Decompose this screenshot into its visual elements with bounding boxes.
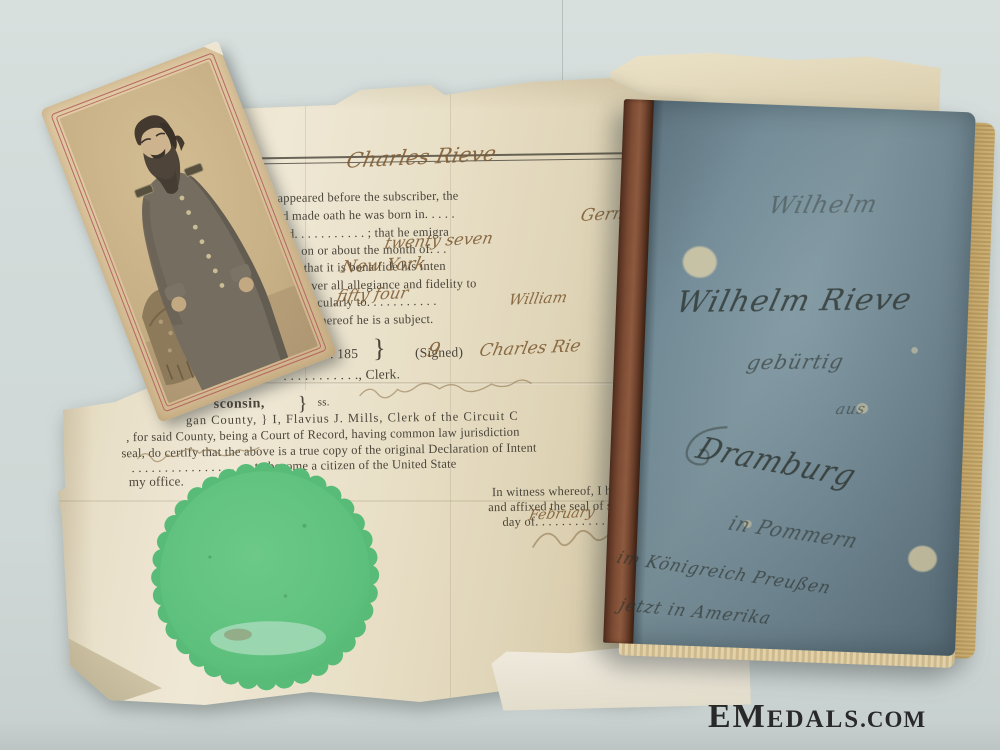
illegible-handwriting: [355, 377, 535, 404]
german-notebook: Wilhelm Wilhelm Rieve gebürtig aus Dramb…: [603, 99, 996, 669]
green-paper-seal: [146, 457, 385, 696]
cover-script-town: Dramburg: [691, 431, 862, 494]
notebook-cover: Wilhelm Wilhelm Rieve gebürtig aus Dramb…: [603, 99, 976, 656]
cover-script: gebürtig: [745, 349, 847, 374]
handwritten-monarch: William: [507, 288, 569, 309]
handwritten-signature: Charles Rie: [478, 336, 583, 361]
scene-photo: nsin, } ss. ty, } Personally appeared be…: [0, 0, 1000, 750]
printed-ss: ss.: [318, 396, 330, 408]
cover-script: in Pommern: [725, 511, 862, 553]
watermark-mid: EDALS: [767, 706, 860, 734]
cover-script-faint: Wilhelm: [766, 190, 881, 219]
printed-brace: }: [373, 334, 386, 364]
cover-script: aus: [834, 400, 868, 418]
cover-script: im Königreich Preußen: [614, 548, 834, 599]
watermark-large: EM: [708, 698, 767, 736]
handwritten-name: Charles Rieve: [344, 141, 498, 172]
cover-script-name: Wilhelm Rieve: [673, 282, 916, 320]
emedals-watermark: EMEDALS.COM: [708, 698, 926, 736]
watermark-small: .COM: [860, 707, 926, 733]
handwritten-year: twenty seven: [383, 228, 495, 252]
handwritten-year2: fifty four: [335, 283, 410, 306]
